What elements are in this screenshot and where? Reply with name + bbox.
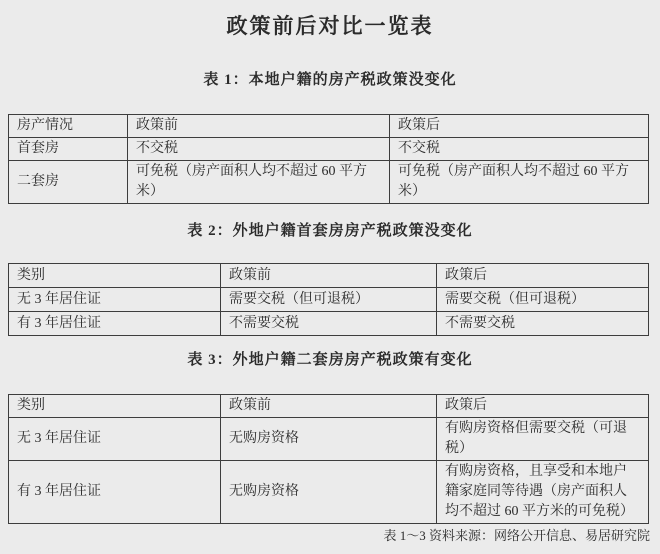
- table-1: 房产情况 政策前 政策后 首套房 不交税 不交税 二套房 可免税（房产面积人均不…: [8, 114, 649, 204]
- table-2-cell: 有 3 年居住证: [9, 312, 221, 336]
- table-2-cell: 需要交税（但可退税）: [437, 288, 649, 312]
- source-note: 表 1～3 资料来源：网络公开信息、易居研究院: [0, 527, 650, 544]
- table-1-caption: 表 1：本地户籍的房产税政策没变化: [0, 70, 660, 90]
- table-3-row: 无 3 年居住证 无购房资格 有购房资格但需要交税（可退税）: [9, 418, 649, 461]
- table-2-cell: 不需要交税: [221, 312, 437, 336]
- table-1-row: 首套房 不交税 不交税: [9, 138, 649, 161]
- table-2-header-cell: 类别: [9, 264, 221, 288]
- table-1-row: 二套房 可免税（房产面积人均不超过 60 平方米） 可免税（房产面积人均不超过 …: [9, 161, 649, 204]
- table-3-header-row: 类别 政策前 政策后: [9, 395, 649, 418]
- table-3-cell: 有购房资格但需要交税（可退税）: [437, 418, 649, 461]
- table-3-header-cell: 政策前: [221, 395, 437, 418]
- table-2-caption: 表 2：外地户籍首套房房产税政策没变化: [0, 221, 660, 241]
- table-3-caption: 表 3：外地户籍二套房房产税政策有变化: [0, 350, 660, 370]
- table-2-header-cell: 政策后: [437, 264, 649, 288]
- table-1-header-row: 房产情况 政策前 政策后: [9, 115, 649, 138]
- table-3-cell: 无 3 年居住证: [9, 418, 221, 461]
- table-1-cell: 可免税（房产面积人均不超过 60 平方米）: [128, 161, 390, 204]
- table-2-cell: 需要交税（但可退税）: [221, 288, 437, 312]
- table-1-cell: 不交税: [390, 138, 649, 161]
- table-2-header-cell: 政策前: [221, 264, 437, 288]
- table-2-header-row: 类别 政策前 政策后: [9, 264, 649, 288]
- table-2: 类别 政策前 政策后 无 3 年居住证 需要交税（但可退税） 需要交税（但可退税…: [8, 263, 649, 336]
- page-title: 政策前后对比一览表: [0, 0, 660, 39]
- table-3-header-cell: 政策后: [437, 395, 649, 418]
- table-1-header-cell: 政策前: [128, 115, 390, 138]
- table-1-cell: 二套房: [9, 161, 128, 204]
- table-2-row: 无 3 年居住证 需要交税（但可退税） 需要交税（但可退税）: [9, 288, 649, 312]
- table-2-cell: 不需要交税: [437, 312, 649, 336]
- table-1-cell: 首套房: [9, 138, 128, 161]
- table-1-header-cell: 政策后: [390, 115, 649, 138]
- table-2-row: 有 3 年居住证 不需要交税 不需要交税: [9, 312, 649, 336]
- table-3-cell: 无购房资格: [221, 461, 437, 524]
- table-1-cell: 可免税（房产面积人均不超过 60 平方米）: [390, 161, 649, 204]
- table-2-cell: 无 3 年居住证: [9, 288, 221, 312]
- table-3-row: 有 3 年居住证 无购房资格 有购房资格，且享受和本地户籍家庭同等待遇（房产面积…: [9, 461, 649, 524]
- table-3: 类别 政策前 政策后 无 3 年居住证 无购房资格 有购房资格但需要交税（可退税…: [8, 394, 649, 524]
- table-3-header-cell: 类别: [9, 395, 221, 418]
- document-page: 政策前后对比一览表 表 1：本地户籍的房产税政策没变化 房产情况 政策前 政策后…: [0, 0, 660, 554]
- table-3-cell: 有购房资格，且享受和本地户籍家庭同等待遇（房产面积人均不超过 60 平方米的可免…: [437, 461, 649, 524]
- table-1-header-cell: 房产情况: [9, 115, 128, 138]
- table-3-cell: 无购房资格: [221, 418, 437, 461]
- table-1-cell: 不交税: [128, 138, 390, 161]
- table-3-cell: 有 3 年居住证: [9, 461, 221, 524]
